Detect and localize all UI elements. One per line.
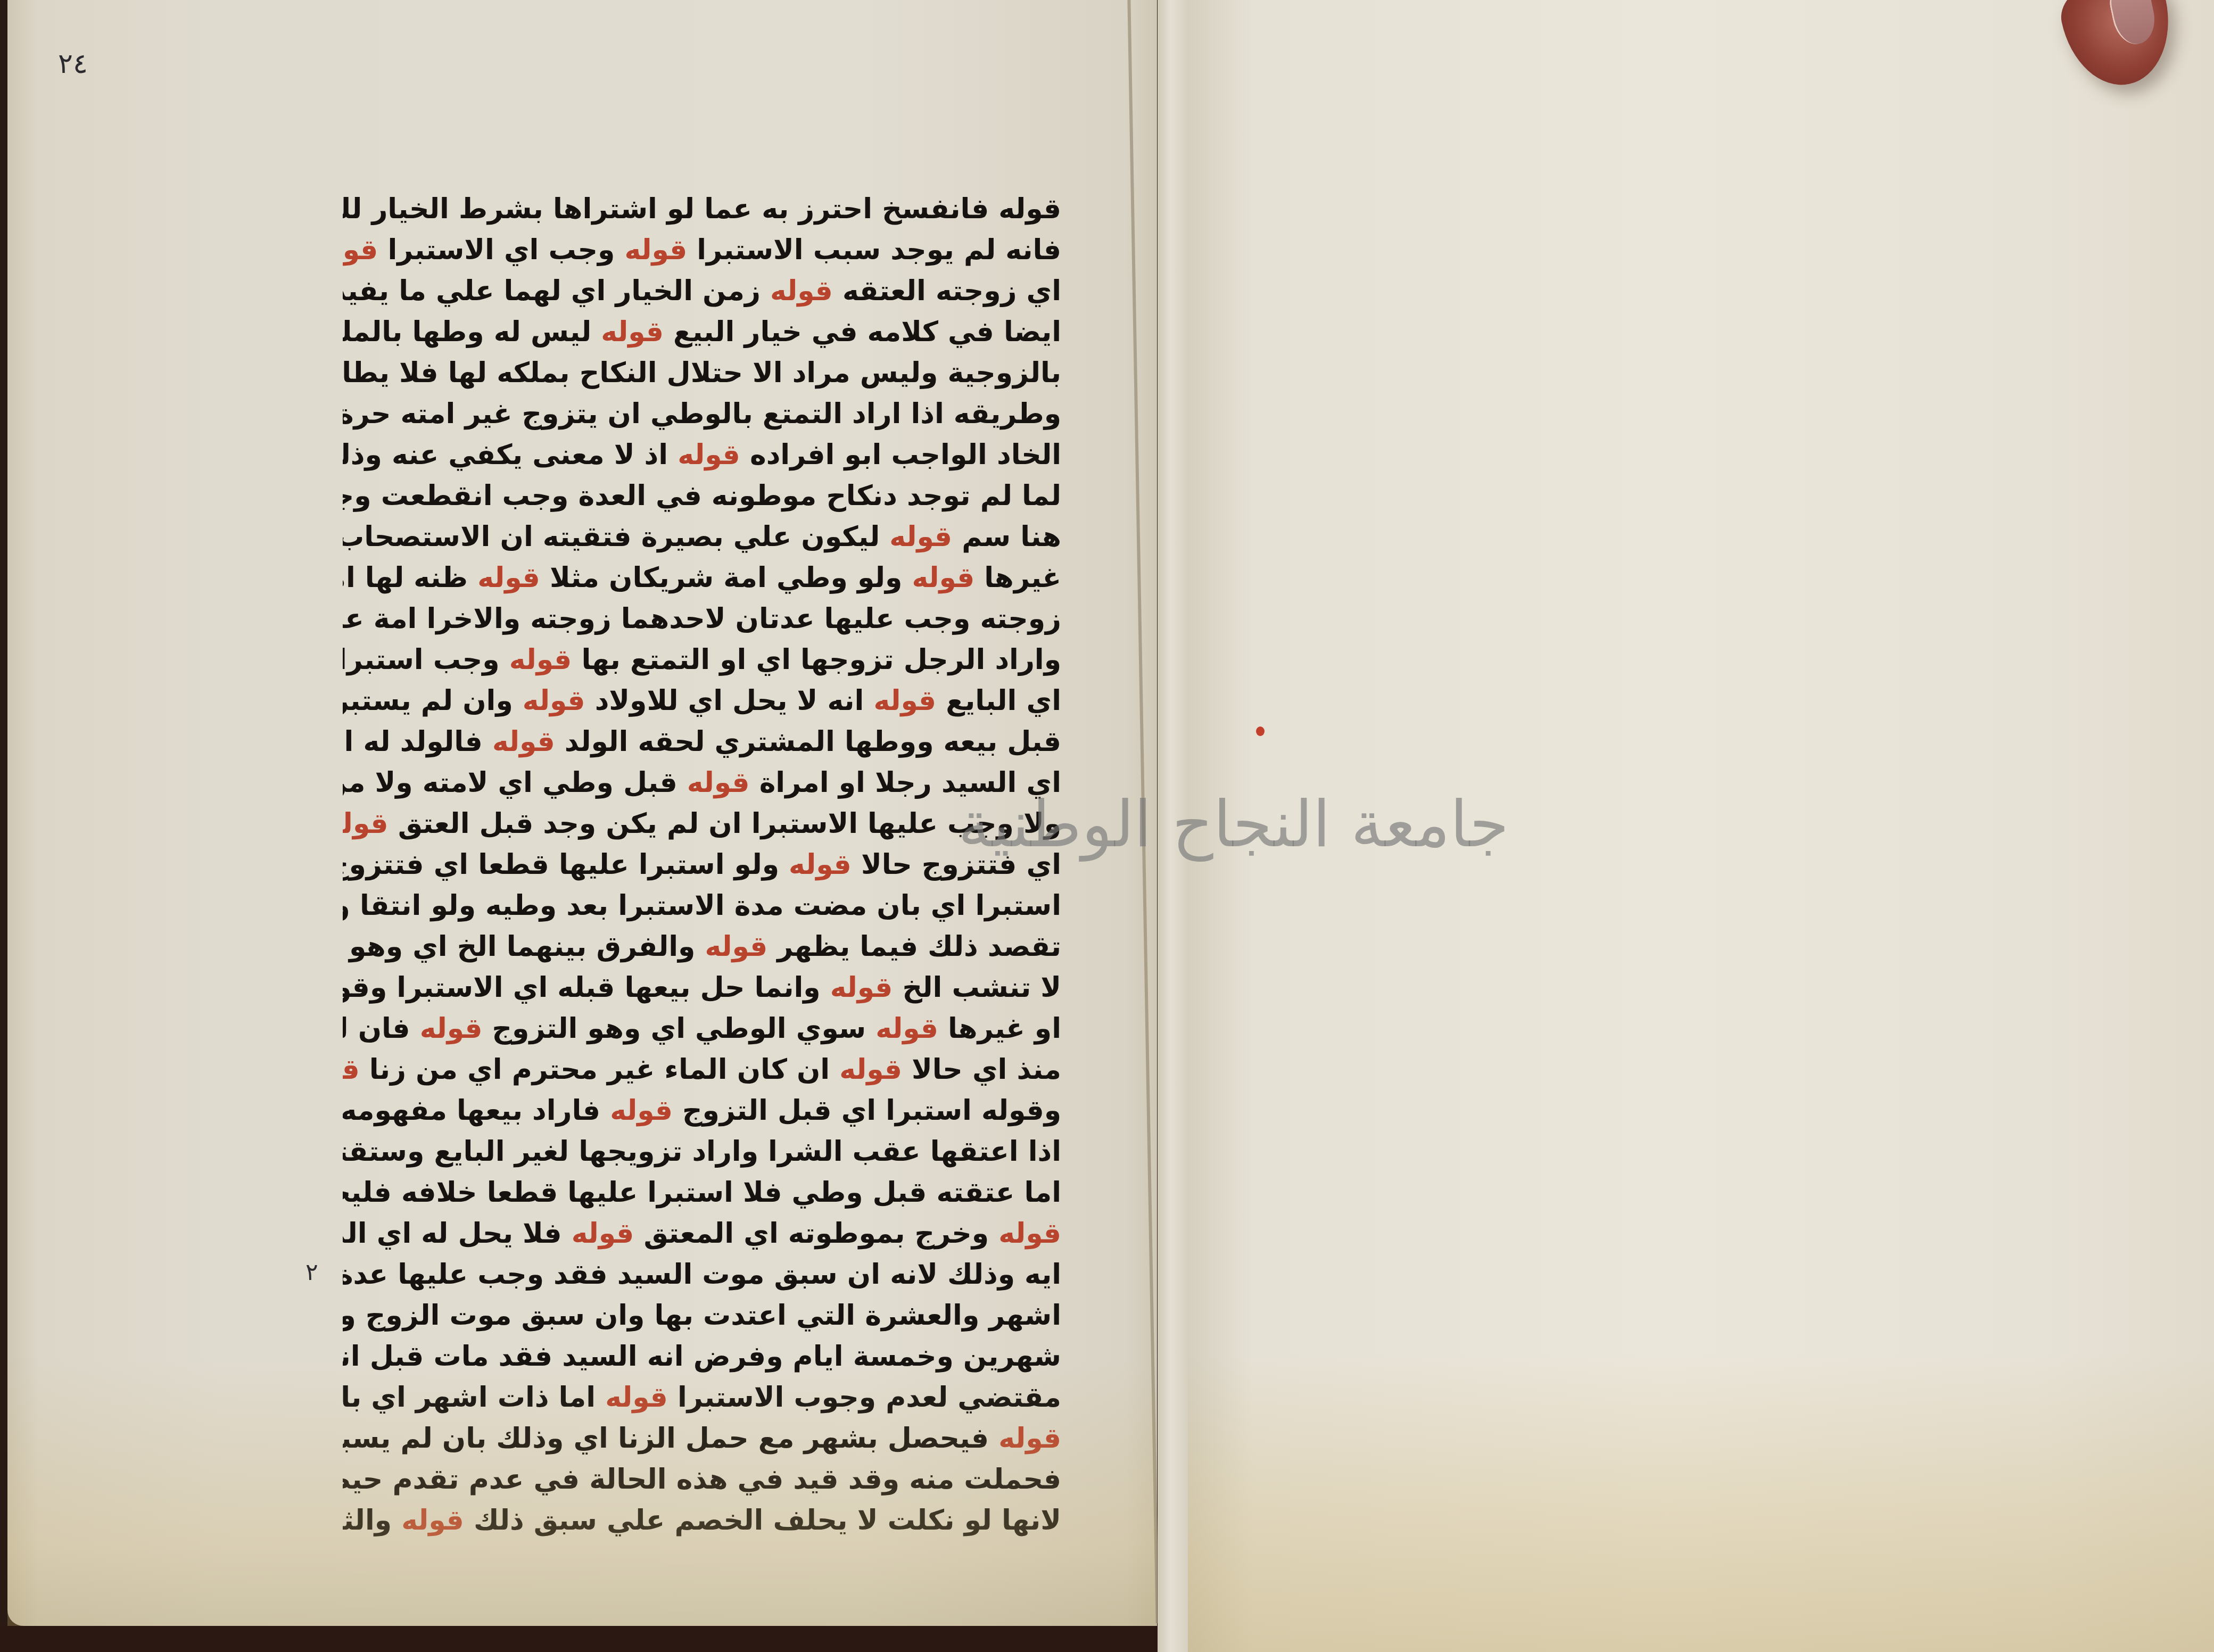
text-line: واراد الرجل تزوجها اي او التمتع بها قوله… bbox=[343, 640, 1061, 681]
text-segment: اذ لا معنى يكفي عنه وذلك لان عدة المنقطع… bbox=[343, 439, 678, 471]
text-segment: زوجته وجب عليها عدتان لاحدهما زوجته والا… bbox=[343, 603, 1061, 635]
text-segment: والفرق بينهما الخ اي وهو ما فهم من قوله … bbox=[343, 931, 705, 963]
text-segment: هنا سم bbox=[952, 521, 1061, 553]
text-segment: سوي الوطي اي وهو التزوج bbox=[483, 1013, 876, 1045]
text-line: اذا اعتقها عقب الشرا واراد تزويجها لغير … bbox=[343, 1131, 1061, 1172]
text-segment: وان لم يستبريها مفهومه لو استبراها bbox=[343, 685, 523, 717]
rubric-word: قوله bbox=[873, 685, 936, 717]
text-segment: لانها لو نكلت لا يحلف الخصم علي سبق ذلك bbox=[464, 1505, 1061, 1537]
text-line: فحملت منه وقد قيد في هذه الحالة في عدم ت… bbox=[343, 1459, 1061, 1500]
text-segment: اما ذات اشهر اي بان كانت لا تحيض مع الحم… bbox=[343, 1382, 605, 1414]
rubric-word: قوله bbox=[605, 1382, 668, 1414]
text-line: الخاد الواجب ابو افراده قوله اذ لا معنى … bbox=[343, 435, 1061, 476]
text-segment: فيحصل بشهر مع حمل الزنا اي وذلك بان لم ي… bbox=[343, 1423, 998, 1455]
text-segment: تقصد ذلك فيما يظهر bbox=[767, 931, 1061, 963]
text-line: قوله وخرج بموطوته اي المعتق قوله فلا يحل… bbox=[343, 1213, 1061, 1254]
text-line: ولا وجب عليها الاستبرا ان لم يكن وجد قبل… bbox=[343, 804, 1061, 845]
rubric-word: قوله bbox=[875, 1013, 938, 1045]
text-segment: زمن الخيار اي لهما علي ما يفيده التعليل … bbox=[343, 275, 770, 307]
rubric-word: قوله bbox=[839, 1054, 902, 1086]
text-segment: شهرين وخمسة ايام وفرض انه السيد فقد مات … bbox=[343, 1341, 1061, 1373]
text-line: شهرين وخمسة ايام وفرض انه السيد فقد مات … bbox=[343, 1336, 1061, 1377]
text-segment: استبرا اي بان مضت مدة الاستبرا بعد وطيه … bbox=[343, 890, 1061, 922]
text-segment: فالولد له اي للبايع bbox=[343, 726, 492, 758]
text-line: او غيرها قوله سوي الوطي اي وهو التزوج قو… bbox=[343, 1009, 1061, 1050]
text-segment: لا تنشب الخ bbox=[893, 972, 1061, 1004]
text-line: وقوله استبرا اي قبل التزوج قوله فاراد بي… bbox=[343, 1091, 1061, 1131]
margin-mark: ٢ bbox=[305, 1259, 318, 1286]
folio-number: ٢٤ bbox=[58, 48, 88, 80]
text-line: غيرها قوله ولو وطي امة شريكان مثلا قوله … bbox=[343, 558, 1061, 599]
text-segment: فان لم يطا اي اصلا وقوله زوجها bbox=[343, 1013, 420, 1045]
rubric-word: قوله bbox=[998, 1218, 1061, 1250]
text-line: زوجته وجب عليها عدتان لاحدهما زوجته والا… bbox=[343, 599, 1061, 640]
text-segment: فحملت منه وقد قيد في هذه الحالة في عدم ت… bbox=[343, 1464, 1061, 1496]
text-segment: فانه لم يوجد سبب الاستبرا bbox=[687, 234, 1061, 266]
text-segment: منذ اي حالا bbox=[902, 1054, 1061, 1086]
text-segment: فاراد بيعها مفهومه وجوب الاستبرا bbox=[343, 1095, 610, 1127]
text-segment: ولو وطي امة شريكان مثلا bbox=[540, 562, 912, 594]
manuscript-spread: ٢٤ قوله فانفسخ احترز به عما لو اشتراها ب… bbox=[0, 0, 2214, 1652]
text-segment: فلا يحل له اي المشتري bbox=[343, 1218, 572, 1250]
text-segment: وجب اي الاستبرا bbox=[378, 234, 624, 266]
rubric-word: قوله bbox=[420, 1013, 483, 1045]
text-line: لا تنشب الخ قوله وانما حل بيعها قبله اي … bbox=[343, 968, 1061, 1009]
rubric-word: قوله bbox=[830, 972, 893, 1004]
text-segment: اشهر والعشرة التي اعتدت بها وان سبق موت … bbox=[343, 1300, 1061, 1332]
text-line: لانها لو نكلت لا يحلف الخصم علي سبق ذلك … bbox=[343, 1500, 1061, 1541]
rubric-word: قوله bbox=[912, 562, 975, 594]
text-segment: مقتضي لعدم وجوب الاستبرا bbox=[668, 1382, 1061, 1414]
text-line: تقصد ذلك فيما يظهر قوله والفرق بينهما ال… bbox=[343, 927, 1061, 968]
watermark: جامعة النجاح الوطنية bbox=[958, 788, 1509, 862]
text-segment: قبل بيعه ووطها المشتري لحقه الولد bbox=[555, 726, 1061, 758]
text-line: ايه وذلك لانه ان سبق موت السيد فقد وجب ع… bbox=[343, 1254, 1061, 1295]
text-line: اشهر والعشرة التي اعتدت بها وان سبق موت … bbox=[343, 1295, 1061, 1336]
text-segment: قوله فانفسخ احترز به عما لو اشتراها بشرط… bbox=[343, 193, 1061, 225]
rubric-word: قوله bbox=[343, 1054, 360, 1086]
text-line: قوله فيحصل بشهر مع حمل الزنا اي وذلك بان… bbox=[343, 1418, 1061, 1459]
text-segment: اما عتقته قبل وطي فلا استبرا عليها قطعا … bbox=[343, 1177, 1061, 1209]
text-segment: واراد الرجل تزوجها اي او التمتع بها bbox=[572, 644, 1061, 676]
text-segment: اذا اعتقها عقب الشرا واراد تزويجها لغير … bbox=[343, 1136, 1061, 1168]
text-line: بالزوجية وليس مراد الا حتلال النكاح بملك… bbox=[343, 353, 1061, 394]
text-segment: ليس له وطها بالملك فتفيد انه ينكحها bbox=[343, 316, 601, 348]
text-line: اما عتقته قبل وطي فلا استبرا عليها قطعا … bbox=[343, 1172, 1061, 1213]
text-segment: او غيرها bbox=[938, 1013, 1061, 1045]
rubric-word: قوله bbox=[678, 439, 740, 471]
text-segment: ليكون علي بصيرة فتقيته ان الاستصحاب خاص … bbox=[343, 521, 889, 553]
rubric-word: قوله bbox=[789, 849, 852, 881]
text-segment: وقوله استبرا اي قبل التزوج bbox=[673, 1095, 1061, 1127]
rubric-word: قوله bbox=[509, 644, 572, 676]
rubric-word: قوله bbox=[401, 1505, 464, 1537]
text-line: ايضا في كلامه في خيار البيع قوله ليس له … bbox=[343, 312, 1061, 353]
text-segment: بالزوجية وليس مراد الا حتلال النكاح بملك… bbox=[343, 357, 1061, 389]
text-line: فانه لم يوجد سبب الاستبرا قوله وجب اي ال… bbox=[343, 230, 1061, 271]
text-line: قوله فانفسخ احترز به عما لو اشتراها بشرط… bbox=[343, 189, 1061, 230]
rubric-word: قوله bbox=[705, 931, 767, 963]
text-line: استبرا اي بان مضت مدة الاستبرا بعد وطيه … bbox=[343, 886, 1061, 927]
rubric-word: قوله bbox=[687, 767, 750, 799]
thumbnail bbox=[2106, 0, 2159, 48]
text-segment: وانما حل بيعها قبله اي الاستبرا وقوله مط… bbox=[343, 972, 830, 1004]
text-line: هنا سم قوله ليكون علي بصيرة فتقيته ان ال… bbox=[343, 517, 1061, 558]
text-line: اي زوجته العتقه قوله زمن الخيار اي لهما … bbox=[343, 271, 1061, 312]
binding-shadow bbox=[0, 1626, 1160, 1652]
text-segment: اي زوجته العتقه bbox=[833, 275, 1061, 307]
text-line: مقتضي لعدم وجوب الاستبرا قوله اما ذات اش… bbox=[343, 1377, 1061, 1418]
rubric-word: قوله bbox=[624, 234, 687, 266]
text-segment: ان كان الماء غير محترم اي من زنا bbox=[360, 1054, 840, 1086]
rubric-word: قوله bbox=[572, 1218, 634, 1250]
text-segment: والثاني لا خيار اي لاحد من البايع bbox=[343, 1505, 401, 1537]
text-line: اي البايع قوله انه لا يحل اي للاولاد قول… bbox=[343, 681, 1061, 722]
rubric-word: قوله bbox=[770, 275, 833, 307]
text-segment: قبل وطي اي لامته ولا من انتقلت منه للباي… bbox=[343, 767, 687, 799]
text-line: لما لم توجد دنكاح موطونه في العدة وجب ان… bbox=[343, 476, 1061, 517]
text-segment: وخرج بموطوته اي المعتق bbox=[634, 1218, 998, 1250]
rubric-word: قوله bbox=[610, 1095, 673, 1127]
rubric-word: قوله bbox=[343, 234, 378, 266]
text-line: اي فتتزوج حالا قوله ولو استبرا عليها قطع… bbox=[343, 845, 1061, 886]
text-segment: ظنه لها امة اي اما ظنها لك bbox=[343, 562, 477, 594]
text-segment: وطريقه اذا اراد التمتع بالوطي ان يتزوج غ… bbox=[343, 398, 1061, 430]
text-segment: انه لا يحل اي للاولاد bbox=[585, 685, 874, 717]
text-segment: غيرها bbox=[974, 562, 1061, 594]
text-line: قبل بيعه ووطها المشتري لحقه الولد قوله ف… bbox=[343, 722, 1061, 763]
rubric-word: قوله bbox=[998, 1423, 1061, 1455]
text-line: اي السيد رجلا او امراة قوله قبل وطي اي ل… bbox=[343, 763, 1061, 804]
text-segment: وجب استبرا اي علي المشتري bbox=[343, 644, 509, 676]
text-line: وطريقه اذا اراد التمتع بالوطي ان يتزوج غ… bbox=[343, 394, 1061, 435]
text-segment: اي البايع bbox=[936, 685, 1061, 717]
text-segment: الخاد الواجب ابو افراده bbox=[740, 439, 1061, 471]
text-segment: ايضا في كلامه في خيار البيع bbox=[664, 316, 1061, 348]
text-segment: ولو استبرا عليها قطعا اي فتتزوج حالا bbox=[343, 849, 789, 881]
rubric-word: قوله bbox=[343, 808, 389, 840]
rubric-word: قوله bbox=[477, 562, 540, 594]
rubric-word: قوله bbox=[601, 316, 664, 348]
text-line: منذ اي حالا قوله ان كان الماء غير محترم … bbox=[343, 1050, 1061, 1091]
rubric-word: قوله bbox=[492, 726, 555, 758]
rubric-dot bbox=[1256, 726, 1265, 736]
text-segment: ايه وذلك لانه ان سبق موت السيد فقد وجب ع… bbox=[343, 1259, 1061, 1291]
rubric-word: قوله bbox=[889, 521, 952, 553]
text-segment: لما لم توجد دنكاح موطونه في العدة وجب ان… bbox=[343, 480, 1061, 512]
rubric-word: قوله bbox=[523, 685, 585, 717]
left-page-text: قوله فانفسخ احترز به عما لو اشتراها بشرط… bbox=[343, 189, 1061, 1541]
